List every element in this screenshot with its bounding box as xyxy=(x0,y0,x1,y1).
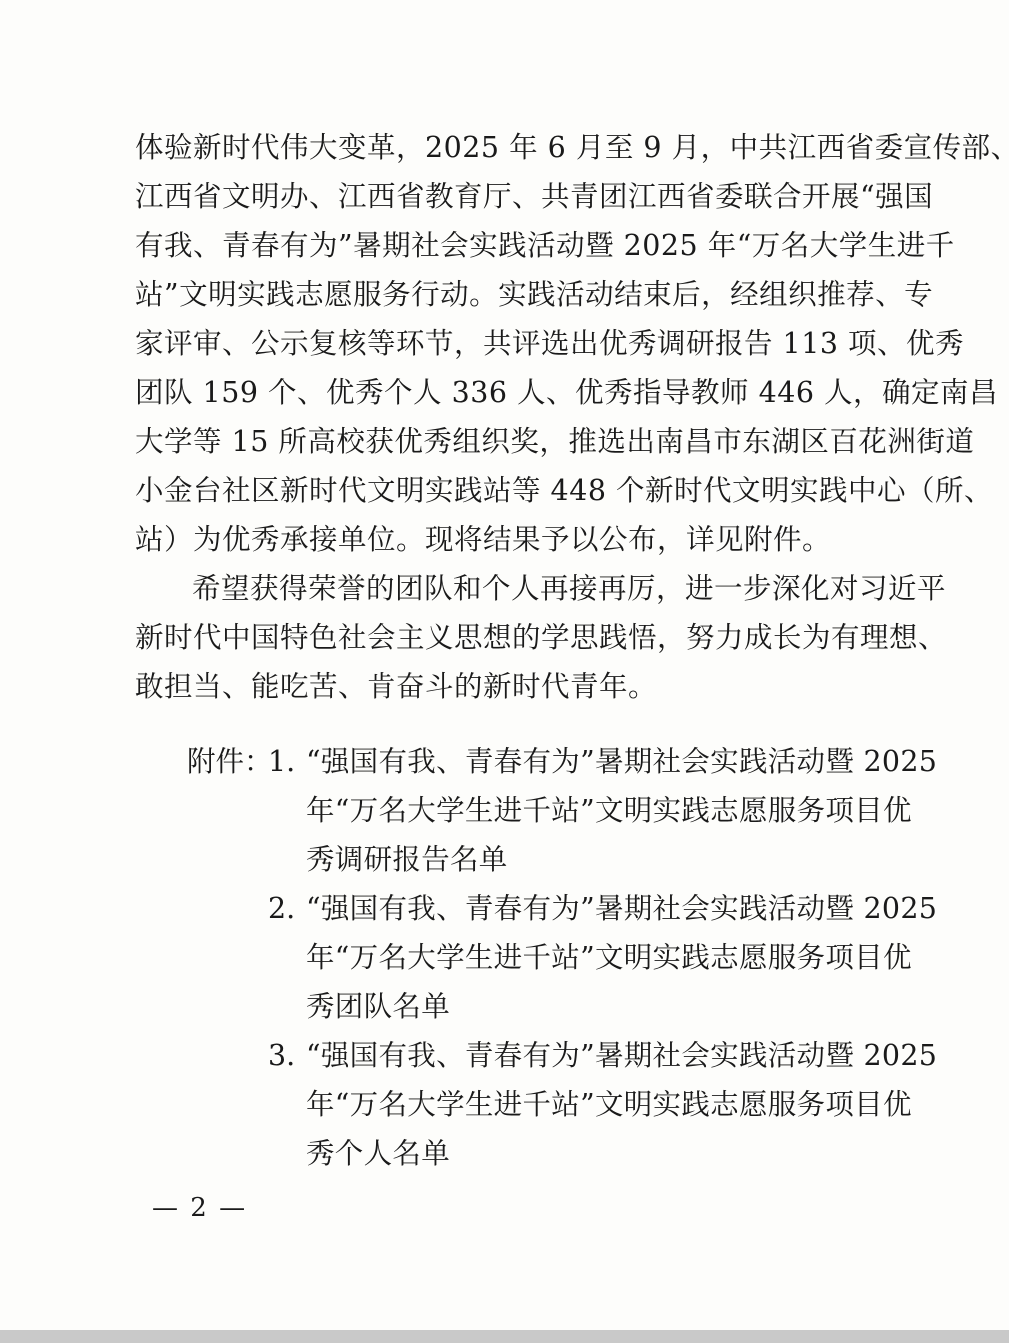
paragraph-line: 有我、青春有为”暑期社会实践活动暨 2025 年“万名大学生进千 xyxy=(135,226,897,266)
paragraph-line: 大学等 15 所高校获优秀组织奖，推选出南昌市东湖区百花洲街道 xyxy=(135,422,897,462)
attachment-line: “强国有我、青春有为”暑期社会实践活动暨 2025 xyxy=(306,742,896,782)
paragraph-line: 团队 159 个、优秀个人 336 人、优秀指导教师 446 人，确定南昌 xyxy=(135,373,897,413)
attachments-label: 附件： xyxy=(187,742,273,782)
attachment-line: 年“万名大学生进千站”文明实践志愿服务项目优 xyxy=(306,938,896,978)
viewer-bottom-edge xyxy=(0,1330,1009,1343)
attachment-number: 2. xyxy=(268,889,295,929)
attachment-line: 秀调研报告名单 xyxy=(306,840,896,880)
attachment-line: “强国有我、青春有为”暑期社会实践活动暨 2025 xyxy=(306,1036,896,1076)
attachment-line: “强国有我、青春有为”暑期社会实践活动暨 2025 xyxy=(306,889,896,929)
paragraph-line: 希望获得荣誉的团队和个人再接再厉，进一步深化对习近平 xyxy=(192,569,897,609)
paragraph-line: 体验新时代伟大变革，2025 年 6 月至 9 月，中共江西省委宣传部、 xyxy=(135,128,897,168)
attachment-number: 3. xyxy=(268,1036,295,1076)
page-number: — 2 — xyxy=(152,1188,247,1228)
document-page: 体验新时代伟大变革，2025 年 6 月至 9 月，中共江西省委宣传部、 江西省… xyxy=(0,0,1009,1330)
attachment-line: 秀团队名单 xyxy=(306,987,896,1027)
paragraph-line: 小金台社区新时代文明实践站等 448 个新时代文明实践中心（所、 xyxy=(135,471,897,511)
paragraph-line: 新时代中国特色社会主义思想的学思践悟，努力成长为有理想、 xyxy=(135,618,897,658)
attachment-line: 秀个人名单 xyxy=(306,1134,896,1174)
attachment-number: 1. xyxy=(268,742,295,782)
paragraph-line: 家评审、公示复核等环节，共评选出优秀调研报告 113 项、优秀 xyxy=(135,324,897,364)
attachment-line: 年“万名大学生进千站”文明实践志愿服务项目优 xyxy=(306,791,896,831)
paragraph-line: 江西省文明办、江西省教育厅、共青团江西省委联合开展“强国 xyxy=(135,177,897,217)
paragraph-line: 敢担当、能吃苦、肯奋斗的新时代青年。 xyxy=(135,667,897,707)
paragraph-line: 站”文明实践志愿服务行动。实践活动结束后，经组织推荐、专 xyxy=(135,275,897,315)
paragraph-line: 站）为优秀承接单位。现将结果予以公布，详见附件。 xyxy=(135,520,897,560)
attachment-line: 年“万名大学生进千站”文明实践志愿服务项目优 xyxy=(306,1085,896,1125)
